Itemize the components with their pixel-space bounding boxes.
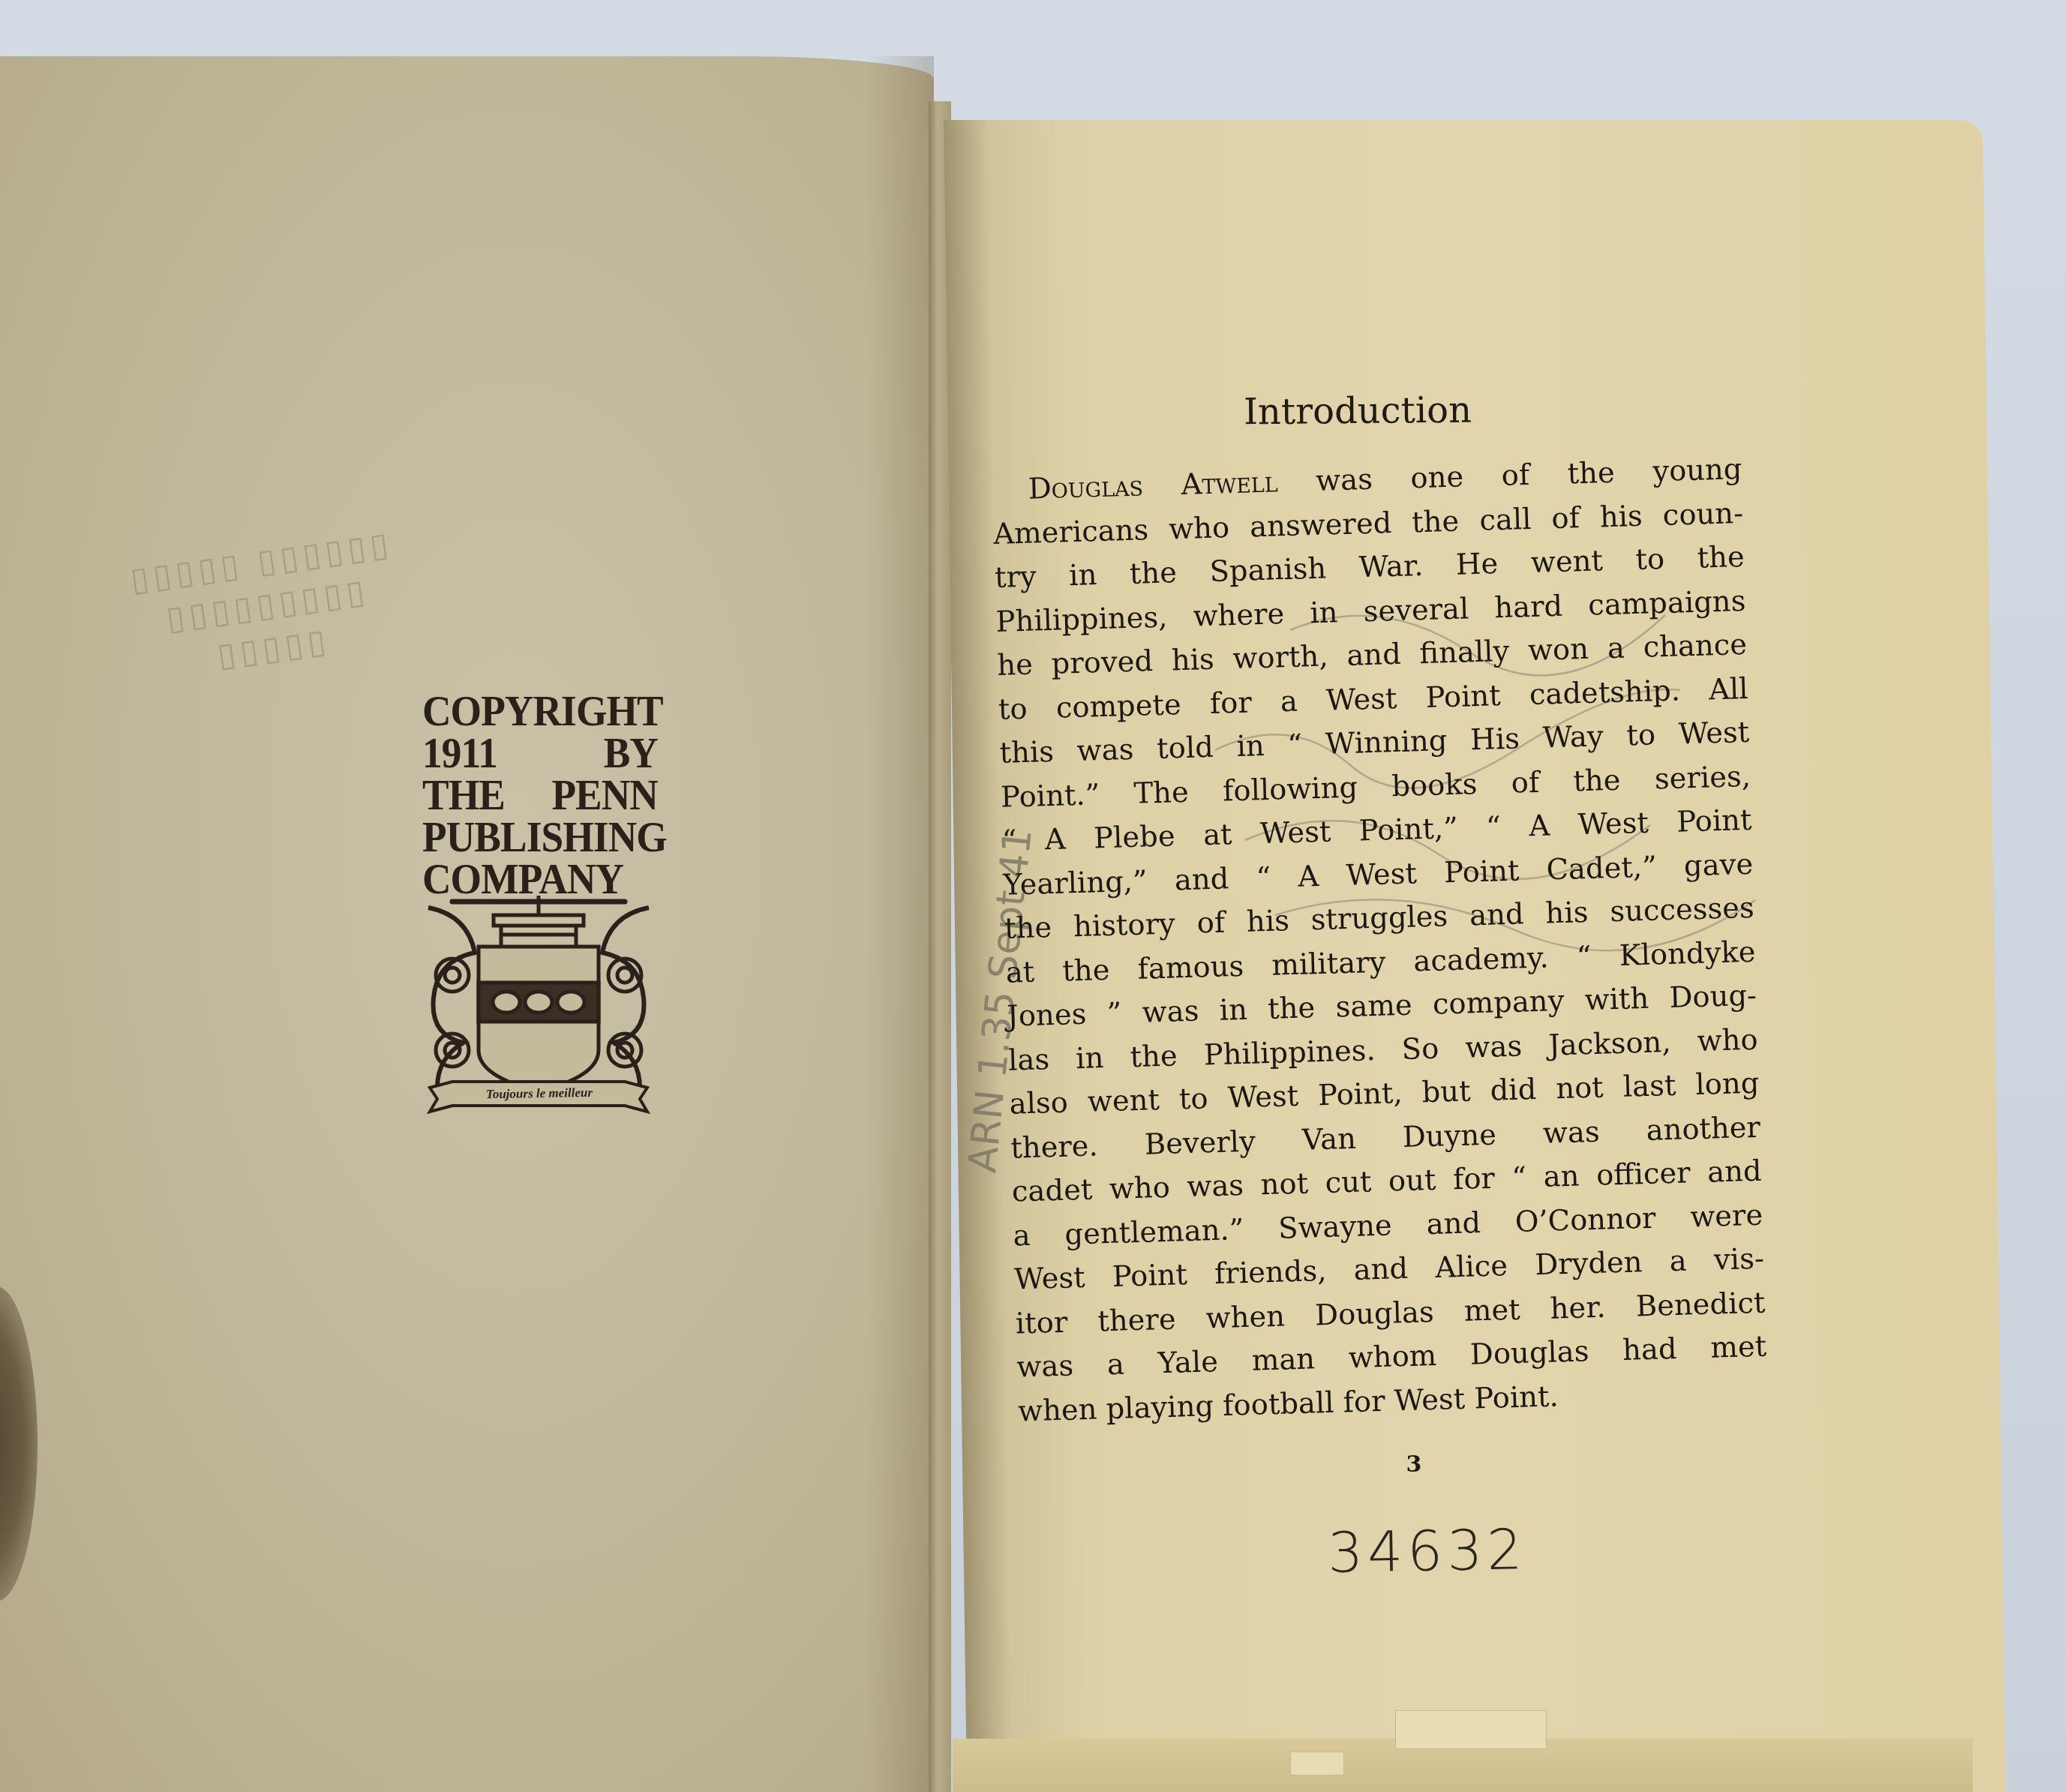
text-fragment: was one of the young (1277, 452, 1742, 499)
thumb-shadow (0, 1286, 38, 1601)
chapter-title: Introduction (1230, 389, 1485, 434)
lead-name: Douglas Atwell (1028, 465, 1278, 506)
copyright-imprint: COPYRIGHT 1911 BY THE PENN PUBLISHING CO… (422, 690, 659, 900)
publisher-device: Toujours le meilleur (422, 893, 655, 1118)
handwritten-accession-number: 34632 (1327, 1517, 1568, 1586)
publisher-motto: Toujours le meilleur (460, 1082, 619, 1105)
page-tear (1290, 1751, 1344, 1775)
page-tear (1395, 1710, 1547, 1749)
imprint-line: 1911 BY (422, 732, 658, 774)
imprint-line: PUBLISHING (422, 816, 658, 858)
imprint-line: COPYRIGHT (422, 690, 658, 732)
page-number: 3 (1403, 1451, 1425, 1478)
imprint-line: THE PENN (422, 774, 658, 816)
introduction-body: Douglas Atwell was one of the young Amer… (992, 448, 1769, 1433)
